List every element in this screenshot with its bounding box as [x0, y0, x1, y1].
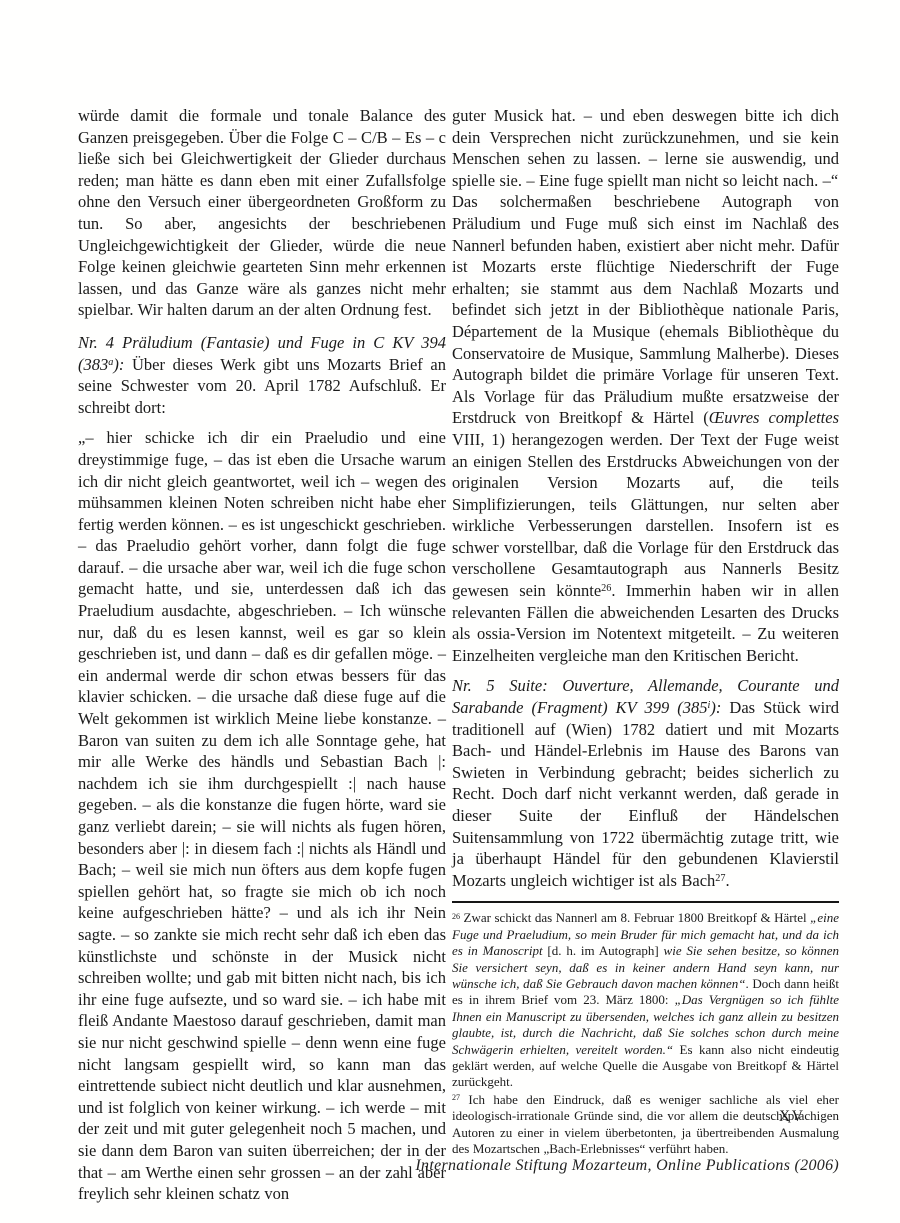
autograph-paragraph: Das solchermaßen beschriebene Autograph …: [452, 191, 839, 666]
footnote-26: 26 Zwar schickt das Nannerl am 8. Februa…: [452, 910, 839, 1090]
nr5-suite-paragraph: Nr. 5 Suite: Ouverture, Allemande, Coura…: [452, 675, 839, 891]
intro-paragraph: würde damit die formale und tonale Balan…: [78, 105, 446, 321]
footnote-divider: [452, 901, 839, 903]
mozart-letter-quote: „– hier schicke ich dir ein Praeludio un…: [78, 427, 446, 1204]
footer-credit: Internationale Stiftung Mozarteum, Onlin…: [415, 1157, 839, 1175]
page-number: XV: [779, 1108, 804, 1126]
left-column: würde damit die formale und tonale Balan…: [78, 105, 446, 1205]
scanned-book-page: würde damit die formale und tonale Balan…: [0, 0, 900, 1223]
right-column: guter Musick hat. – und eben deswegen bi…: [452, 105, 839, 1157]
letter-quote-continuation: guter Musick hat. – und eben deswegen bi…: [452, 105, 839, 191]
nr4-heading-paragraph: Nr. 4 Präludium (Fantasie) und Fuge in C…: [78, 332, 446, 418]
